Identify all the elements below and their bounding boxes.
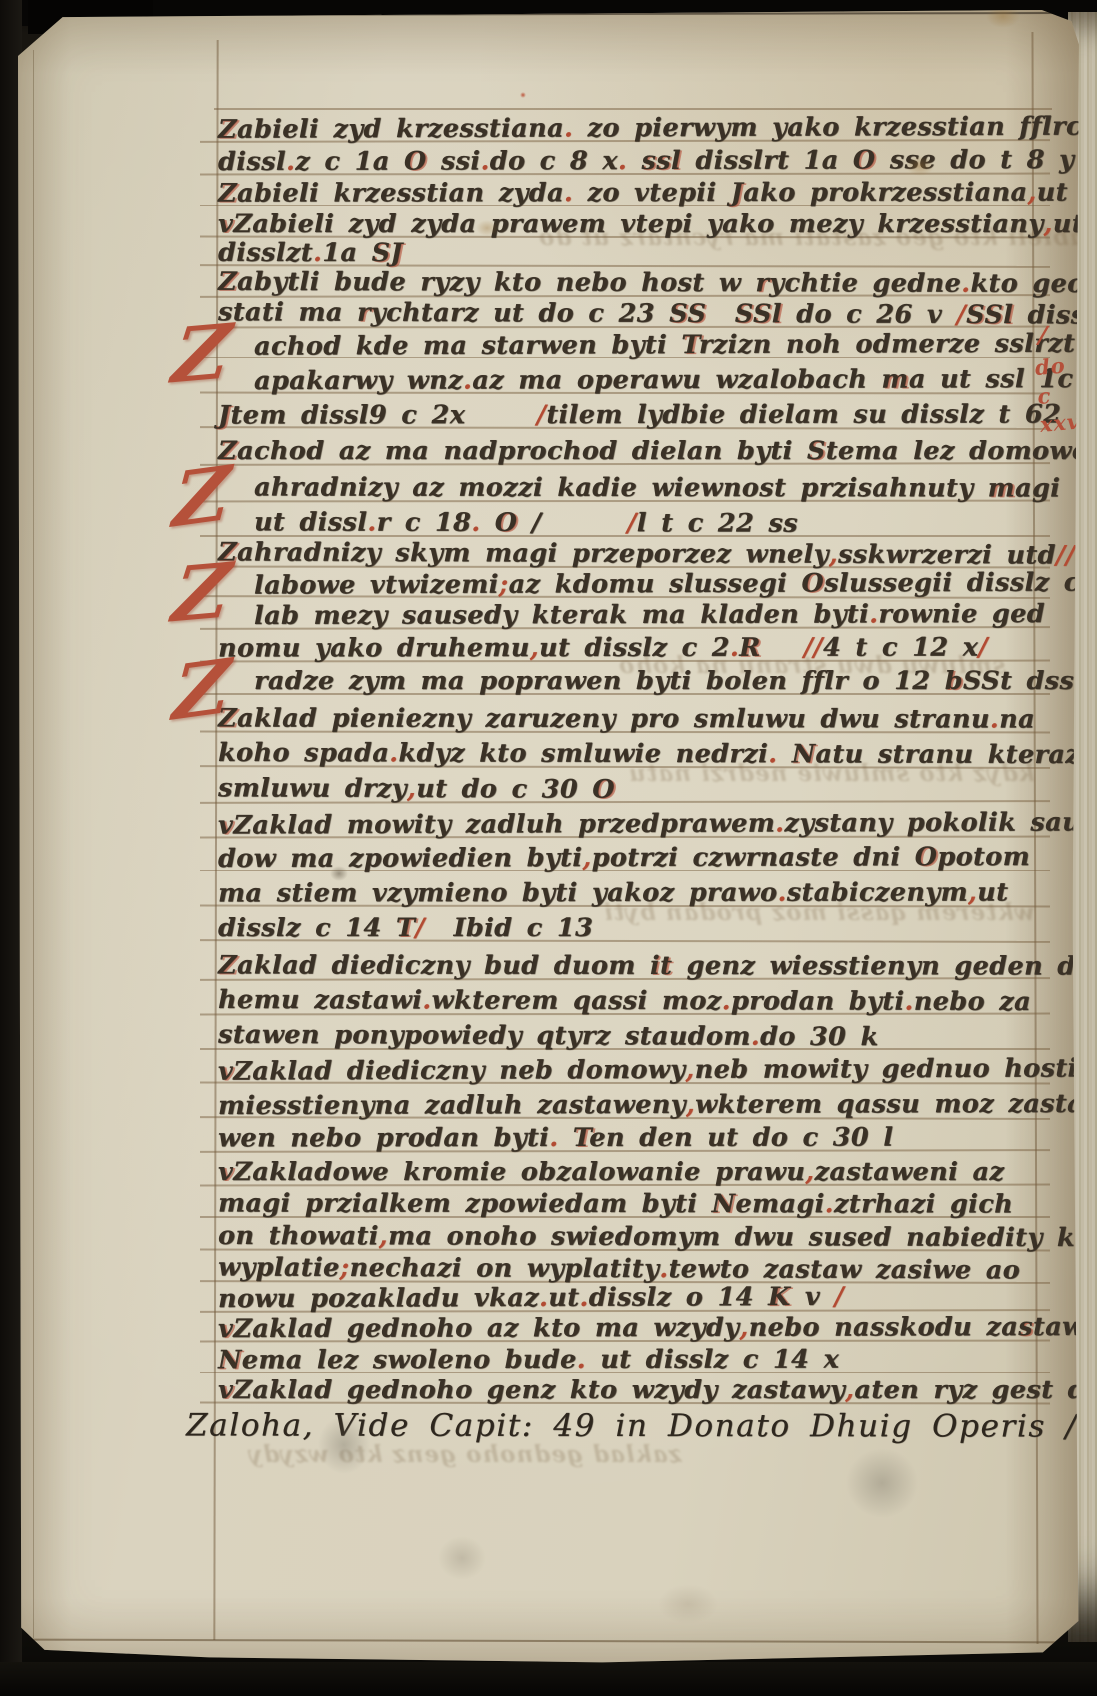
script-text: abytli bude ryzy kto nebo host w xyxy=(237,267,755,298)
script-text: disslz o 14 xyxy=(589,1282,768,1313)
script-text: achod kde ma starwen byti xyxy=(254,330,681,362)
rubric-mark: , xyxy=(805,1157,814,1187)
script-text: stabiczenym xyxy=(787,878,968,908)
rubric-mark: / xyxy=(834,1282,844,1312)
manuscript-line: achod kde ma starwen byti Trzizn noh odm… xyxy=(254,328,1097,361)
script-text: it xyxy=(650,950,672,980)
manuscript-line: vZaklad gednoho az kto ma wzydy,nebo nas… xyxy=(218,1312,1097,1344)
script-text: ychtie gedne xyxy=(769,269,961,299)
rubric-mark: . xyxy=(768,739,792,769)
script-text: Z xyxy=(218,267,237,297)
manuscript-line: smluwu drzy,ut do c 30 O xyxy=(218,773,615,804)
rubric-mark: // xyxy=(1056,541,1076,571)
script-text: O xyxy=(853,146,876,176)
script-text: SSt dssl xyxy=(963,666,1084,696)
script-text: na xyxy=(999,704,1035,734)
script-text: K xyxy=(768,1282,791,1312)
manuscript-line: Zaklad pieniezny zaruzeny pro smluwu dwu… xyxy=(218,703,1035,734)
script-text xyxy=(706,299,735,329)
red-ink-dot xyxy=(520,92,526,98)
rubric-mark: . xyxy=(751,1022,760,1052)
rubric-mark: , xyxy=(829,540,838,570)
script-text: genz wiesstienyn geden dru xyxy=(672,951,1097,982)
script-text: O xyxy=(404,147,427,177)
script-text: rownie ged xyxy=(878,599,1045,629)
illuminated-initial-Z: Z xyxy=(170,320,234,389)
script-text: v xyxy=(218,1157,233,1187)
script-text: ut dissl xyxy=(254,507,367,537)
script-text: O xyxy=(915,842,938,872)
script-text: lab mezy sausedy kterak ma kladen byti xyxy=(254,599,869,631)
script-text: R xyxy=(739,633,761,663)
manuscript-line: radze zym ma poprawen byti bolen fflr o … xyxy=(254,666,1097,696)
script-text: Zabieli zyd zyda prawem vtepi yako mezy … xyxy=(233,209,1043,239)
left-edge-fold-line xyxy=(33,50,34,1638)
rubric-mark: , xyxy=(1027,177,1036,207)
script-text: ut do c 30 xyxy=(416,774,592,805)
script-text xyxy=(465,400,536,430)
script-text: ssl xyxy=(641,146,681,176)
script-text: N xyxy=(792,739,816,769)
script-text: T xyxy=(681,330,699,360)
script-text: s xyxy=(1018,1312,1033,1342)
script-text: r xyxy=(755,268,769,298)
manuscript-line: stati ma rychtarz ut do c 23 SS SSl do c… xyxy=(218,297,1097,330)
script-text: do c 8 x xyxy=(490,146,618,176)
script-text: SSl xyxy=(966,300,1013,330)
rubric-mark: ; xyxy=(340,1253,350,1283)
bleedthrough-text: zaklad gednoho genz kto wzydy xyxy=(248,1441,682,1468)
script-text: v xyxy=(791,1282,835,1312)
rubric-mark: . xyxy=(990,704,999,734)
script-text: labowe vtwizemi xyxy=(254,569,499,600)
script-text: zo vtepii xyxy=(587,177,730,207)
manuscript-line: dissl.z c 1a O ssi.do c 8 x. ssl disslrt… xyxy=(218,145,1074,177)
manuscript-line: lab mezy sausedy kterak ma kladen byti.r… xyxy=(254,599,1045,631)
manuscript-line: Jtem dissl9 c 2x /tilem lydbie dielam su… xyxy=(218,400,1097,431)
manuscript-line: apakarwy wnz.az ma operawu wzalobach ma … xyxy=(254,364,1097,396)
script-text xyxy=(761,633,804,663)
script-text: radze zym ma poprawen byti bolen fflr o … xyxy=(254,666,945,696)
script-text: wkterem qassi moz xyxy=(432,985,722,1016)
manuscript-line: Zabieli krzesstian zyda. zo vtepii Jako … xyxy=(218,177,1097,208)
photograph-background: Zabieli zyd krzesstiana. zo pierwym yako… xyxy=(0,0,1097,1696)
script-text: ako prokrzesstiana xyxy=(743,177,1027,207)
script-text xyxy=(541,508,627,538)
script-text: v xyxy=(218,811,233,841)
script-text: ema lez swoleno bude xyxy=(242,1345,577,1375)
rubric-mark: . xyxy=(730,633,739,663)
rubric-mark: . xyxy=(618,146,642,176)
script-text: wen nebo prodan byti xyxy=(218,1123,549,1153)
rubric-mark: . xyxy=(564,113,588,143)
script-text: r xyxy=(357,297,371,327)
script-text: 1a xyxy=(322,238,371,268)
script-text: O xyxy=(801,568,824,598)
script-text: miesstienyna zadluh zastaweny xyxy=(218,1089,686,1120)
rubric-mark: , xyxy=(1043,209,1052,239)
script-text: Z xyxy=(218,178,237,208)
manuscript-line: Zahradnizy skym magi przeporzez wnely,ss… xyxy=(218,538,1075,571)
script-text: Zaloha, Vide Capit: 49 in Donato Dhuig O… xyxy=(186,1408,1077,1445)
script-text: disslzt xyxy=(218,238,313,268)
rubric-mark: , xyxy=(407,774,416,804)
script-text: Z xyxy=(218,950,237,980)
script-text: abieli zyd krzesstiana xyxy=(237,114,564,145)
script-text: ut xyxy=(977,877,1008,907)
manuscript-line: magi przialkem zpowiedam byti Nemagi.ztr… xyxy=(218,1189,1013,1220)
script-text: ut xyxy=(548,1283,579,1313)
rubric-mark: , xyxy=(582,843,591,873)
manuscript-line: ut dissl.r c 18. O / /l t c 22 ss xyxy=(254,507,798,538)
rubric-mark: . xyxy=(286,147,295,177)
script-text: nomu yako druhemu xyxy=(218,633,530,663)
manuscript-line: Zaklad diediczny bud duom it genz wiesst… xyxy=(218,950,1097,981)
script-text: do c 26 v xyxy=(782,299,957,330)
rubric-mark: . xyxy=(367,508,376,538)
rubric-mark: . xyxy=(313,238,322,268)
script-text: atu stranu kteraz xyxy=(815,739,1080,770)
script-text: Zaklad gednoho genz kto wzydy zastawy xyxy=(233,1375,845,1405)
script-text: zastaweni az xyxy=(815,1157,1005,1187)
script-text: v xyxy=(218,209,233,239)
manuscript-line: disslzt.1a SJ xyxy=(218,238,403,268)
rubric-mark: . xyxy=(463,366,472,396)
manuscript-line: Zabytli bude ryzy kto nebo host w rychti… xyxy=(218,267,1097,299)
ruling-line xyxy=(214,108,1052,110)
script-text: aklad diediczny bud duom xyxy=(237,950,650,981)
script-text: N xyxy=(712,1189,736,1219)
script-text: ahradnizy az mozzi kadie wiewnost przisa… xyxy=(254,472,988,503)
script-text: ychtarz ut do c 23 xyxy=(371,297,669,328)
rubric-mark: , xyxy=(968,878,977,908)
script-text: smluwu drzy xyxy=(218,773,407,804)
script-text: tem dissl9 c 2x xyxy=(230,401,465,431)
rubric-mark: , xyxy=(686,1089,695,1119)
manuscript-line: wyplatie;nechazi on wyplatity.tewto zast… xyxy=(218,1252,1020,1285)
rubric-mark: . xyxy=(422,985,431,1015)
manuscript-line: nomu yako druhemu,ut disslz c 2.R //4 t … xyxy=(218,633,988,664)
script-text: ut disslz c 14 x xyxy=(600,1344,839,1374)
script-text: r c 18 xyxy=(377,508,472,538)
script-text: on thowati xyxy=(218,1221,379,1251)
manuscript-line: Zachod az ma nadprochod dielan byti Stem… xyxy=(218,436,1097,466)
script-text: O xyxy=(592,775,615,805)
script-text: prodan byti xyxy=(731,986,905,1016)
script-text: l t c 22 ss xyxy=(637,508,798,538)
rubric-mark: / xyxy=(978,633,988,663)
script-text: Zaklad gednoho az kto ma wzydy xyxy=(233,1313,739,1344)
script-text: v xyxy=(218,1375,233,1405)
manuscript-line: vZakladowe kromie obzalowanie prawu,zast… xyxy=(218,1157,1004,1187)
rubric-mark: , xyxy=(379,1221,388,1251)
binding-shadow-bottom xyxy=(0,1662,1097,1696)
script-text: J xyxy=(731,177,744,207)
script-text: ztrhazi gich xyxy=(834,1190,1013,1220)
script-text: kdyz kto smluwie nedrzi xyxy=(398,738,768,769)
parchment-smudge xyxy=(846,1448,918,1518)
script-text: koho spada xyxy=(218,738,389,768)
rubric-mark: // xyxy=(804,633,823,663)
script-text: do 30 k xyxy=(760,1022,879,1052)
script-text: O xyxy=(495,508,518,538)
margin-note-line1: do c xyxy=(1034,353,1067,409)
rubric-mark: / xyxy=(627,508,637,538)
script-text: magi przialkem zpowiedam byti xyxy=(218,1189,712,1220)
margin-rule-bottom xyxy=(32,1639,1072,1644)
manuscript-line: miesstienyna zadluh zastaweny,wkterem qa… xyxy=(218,1088,1084,1120)
manuscript-line: wen nebo prodan byti. Ten den ut do c 30… xyxy=(218,1122,893,1153)
manuscript-line: ma stiem vzymieno byti yakoz prawo.stabi… xyxy=(218,877,1008,908)
rubric-mark: , xyxy=(845,1375,854,1405)
script-text: agi xyxy=(1015,473,1060,503)
manuscript-line: Zabieli zyd krzesstiana. zo pierwym yako… xyxy=(218,111,1097,145)
rubric-mark: ; xyxy=(499,569,509,599)
manuscript-line: vZaklad mowity zadluh przedprawem.zystan… xyxy=(218,808,1081,841)
manuscript-line: koho spada.kdyz kto smluwie nedrzi. Natu… xyxy=(218,738,1080,770)
script-text: neb mowity gednuo hosti w xyxy=(695,1054,1097,1086)
rubric-mark: . xyxy=(904,986,913,1016)
manuscript-line: vZaklad gednoho genz kto wzydy zastawy,a… xyxy=(218,1375,1097,1405)
script-text: Zaklad mowity zadluh przedprawem xyxy=(233,809,775,841)
rubric-mark: , xyxy=(685,1055,694,1085)
script-text: wkterem qassu moz zasta xyxy=(695,1088,1084,1119)
rubric-mark: . xyxy=(869,599,878,629)
script-text: tema lez domowe xyxy=(826,436,1089,466)
rubric-mark: . xyxy=(480,147,489,177)
rubric-mark: / xyxy=(537,400,547,430)
script-text: sse do t 8 y xyxy=(875,145,1074,175)
script-text: abieli krzesstian zyda xyxy=(237,178,564,208)
manuscript-line: Nema lez swoleno bude. ut disslz c 14 x xyxy=(218,1344,839,1375)
script-text: wyplatie xyxy=(218,1252,340,1282)
manuscript-line: dow ma zpowiedien byti,potrzi czwrnaste … xyxy=(218,842,1030,874)
script-text: ma stiem vzymieno byti yakoz prawo xyxy=(218,878,777,909)
manuscript-line: hemu zastawi.wkterem qassi moz.prodan by… xyxy=(218,985,1031,1017)
script-text: tilem lydbie dielam su disslz t 62 T xyxy=(546,400,1094,431)
script-text: nebo nasskodu za xyxy=(749,1313,1019,1344)
script-text: v xyxy=(218,1314,233,1344)
script-text: apakarwy wnz xyxy=(254,366,463,397)
parchment-smudge xyxy=(438,1536,486,1580)
manuscript-line: vZabieli zyd zyda prawem vtepi yako mezy… xyxy=(218,209,1084,239)
rubric-mark: . xyxy=(777,878,786,908)
script-text: z c 1a xyxy=(295,147,404,177)
script-text: nechazi on wyplatity xyxy=(349,1253,659,1284)
script-text: aten ryz gest die xyxy=(854,1375,1097,1405)
script-text: SJ xyxy=(372,238,403,268)
script-text: 4 t c 12 x xyxy=(823,633,978,663)
script-text: az ma operawu wzalobach xyxy=(472,365,881,396)
script-text: m xyxy=(988,473,1015,503)
manuscript-page: Zabieli zyd krzesstiana. zo pierwym yako… xyxy=(18,8,1080,1664)
manuscript-line: ahradnizy az mozzi kadie wiewnost przisa… xyxy=(254,472,1060,503)
illuminated-initial-Z: Z xyxy=(171,461,232,533)
script-text: J xyxy=(218,401,231,431)
rubric-mark: . xyxy=(577,1345,601,1375)
script-text: ahradnizy skym magi przeporzez wnely xyxy=(237,538,829,570)
script-text: Ibid c 13 xyxy=(425,913,593,943)
manuscript-line: Zaloha, Vide Capit: 49 in Donato Dhuig O… xyxy=(186,1408,1077,1445)
illuminated-initial-Z: Z xyxy=(171,655,232,727)
manuscript-line: nowu pozakladu vkaz.ut.disslz o 14 K v / xyxy=(218,1282,844,1314)
script-text: disslrt 1a xyxy=(681,146,853,176)
script-text: / xyxy=(517,508,541,538)
script-text: tewto zastaw zasiwe ao xyxy=(668,1254,1020,1285)
script-text: Zakladowe kromie obzalowanie prawu xyxy=(233,1157,805,1187)
script-text: ma onoho swiedomym dwu sused nabiedity k xyxy=(388,1221,1075,1253)
rubric-mark: . xyxy=(659,1254,668,1284)
script-text: aklad pieniezny zaruzeny pro smluwu dwu … xyxy=(237,703,990,734)
script-text: slussegii disslz c xyxy=(824,567,1080,598)
rubric-mark: . xyxy=(549,1123,573,1153)
script-text: T xyxy=(573,1123,589,1153)
rubric-mark: , xyxy=(530,633,539,663)
parchment-smudge xyxy=(658,1584,718,1624)
script-text: potom xyxy=(937,842,1030,872)
manuscript-line: labowe vtwizemi;az kdomu slussegi Osluss… xyxy=(254,567,1097,600)
rubric-mark: . xyxy=(825,1190,834,1220)
manuscript-line: vZaklad diediczny neb domowy,neb mowity … xyxy=(218,1054,1097,1087)
script-text: ssi xyxy=(427,147,481,177)
script-text: m xyxy=(881,365,908,395)
script-text: disslz c 14 xyxy=(218,913,396,943)
script-text: v xyxy=(218,1057,233,1087)
script-text: S xyxy=(807,436,826,466)
rubric-mark: . xyxy=(564,178,588,208)
script-text: dow ma zpowiedien byti xyxy=(218,843,582,874)
script-text: achod az ma nadprochod dielan byti xyxy=(237,436,807,466)
script-text: potrzi czwrnaste dni xyxy=(592,842,915,873)
script-text: stawen ponypowiedy qtyrz staudom xyxy=(218,1020,751,1052)
rubric-mark: . xyxy=(471,508,495,538)
manuscript-line: on thowati,ma onoho swiedomym dwu sused … xyxy=(218,1221,1075,1253)
script-text: sskwrzerzi utd xyxy=(838,540,1056,571)
rubric-mark: , xyxy=(739,1313,748,1343)
manuscript-line: disslz c 14 T/ Ibid c 13 xyxy=(218,913,593,943)
rubric-mark: . xyxy=(539,1283,548,1313)
rubric-mark: . xyxy=(722,986,731,1016)
script-text: nebo za xyxy=(914,986,1031,1016)
script-text: SS xyxy=(669,298,706,328)
script-text: zo pierwym yako krzesstian fflrc ab xyxy=(587,111,1097,143)
margin-note-slash: / xyxy=(1037,319,1082,354)
rubric-mark: / xyxy=(415,913,425,943)
rubric-mark: / xyxy=(956,300,966,330)
script-text: b xyxy=(945,666,963,696)
script-text: nowu pozakladu vkaz xyxy=(218,1283,539,1314)
script-text: az kdomu slussegi xyxy=(508,568,801,599)
script-text: stati ma xyxy=(218,297,357,328)
script-text: emagi xyxy=(735,1189,824,1219)
script-text: Zaklad diediczny neb domowy xyxy=(233,1055,685,1087)
script-text: Z xyxy=(218,115,237,145)
script-text: T xyxy=(396,913,415,943)
script-text: N xyxy=(218,1345,242,1375)
script-text: zystany pokolik sau xyxy=(784,808,1081,839)
script-text: ut disslz c 2 xyxy=(539,633,730,663)
manuscript-line: stawen ponypowiedy qtyrz staudom.do 30 k xyxy=(218,1020,879,1052)
script-text: SSl xyxy=(735,299,782,329)
script-text: dissl xyxy=(218,147,286,177)
script-text: en den ut do c 30 l xyxy=(589,1122,893,1152)
rubric-mark: . xyxy=(579,1283,588,1313)
script-text: hemu zastawi xyxy=(218,985,422,1015)
illuminated-initial-Z: Z xyxy=(170,558,234,627)
